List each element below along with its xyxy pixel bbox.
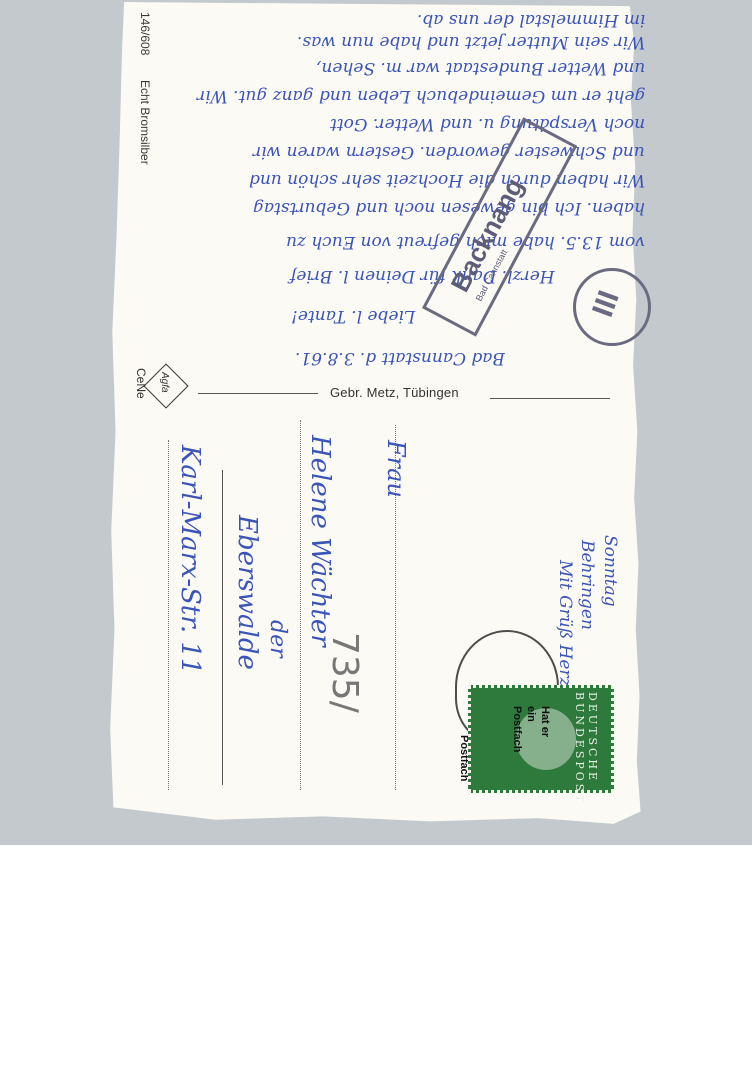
message-line: Liebe l. Tante! <box>291 306 415 326</box>
message-line: und Wetter Bundestaat war m. Sehen, <box>316 58 645 78</box>
stamp-text: DEUTSCHE BUNDESPOST <box>573 692 599 805</box>
address-line <box>300 420 301 790</box>
message-line: Wir haben durch die Hochzeit sehr schön … <box>249 170 645 190</box>
address-line <box>168 440 169 790</box>
edge-label: Echt Bromsilber <box>138 80 152 165</box>
slogan-line: Postfach <box>511 706 523 752</box>
side-note: Behringen <box>577 540 597 630</box>
edge-code: 146/608 <box>138 12 152 55</box>
message-line: Herzl. Dank für Deinen l. Brief <box>290 266 555 286</box>
pencil-note: 735/ <box>324 632 365 713</box>
message-line: noch Verspätung u. und Wetter. Gott <box>330 114 645 134</box>
message-line: geht er um Gemeindebuch Leben und ganz g… <box>197 86 645 106</box>
message-line: Wir sein Mutter jetzt und habe nun was. <box>297 32 645 52</box>
address-prefix: der <box>265 620 290 658</box>
agfa-logo-text: Agfa <box>159 372 170 393</box>
side-note: Sonntag <box>600 535 620 607</box>
publisher-label: Gebr. Metz, Tübingen <box>330 385 459 400</box>
divider-line <box>490 398 610 399</box>
message-line: Bad Cannstatt d. 3.8.61. <box>295 348 505 368</box>
address-line-2: Helene Wächter <box>305 435 335 647</box>
circular-stamp: III <box>573 268 651 346</box>
postage-stamp: DEUTSCHE BUNDESPOST Hat er ein Postfach <box>468 685 614 793</box>
address-line-3: Eberswalde <box>232 515 262 670</box>
address-line-4: Karl-Marx-Str. 11 <box>175 445 205 674</box>
slogan-line: Hat er <box>539 706 551 737</box>
message-line: und Schwester geworden. Gestern waren wi… <box>253 142 645 162</box>
divider-line <box>198 393 318 394</box>
message-line: haben. Ich bin gewesen noch und Geburtst… <box>253 198 645 218</box>
underline <box>222 470 223 785</box>
address-line-1: Frau <box>382 440 410 498</box>
message-line: im Himmelstal der uns ab. <box>417 10 645 30</box>
slogan-line: ein <box>525 706 537 722</box>
brand-label: CeNe <box>134 368 148 399</box>
